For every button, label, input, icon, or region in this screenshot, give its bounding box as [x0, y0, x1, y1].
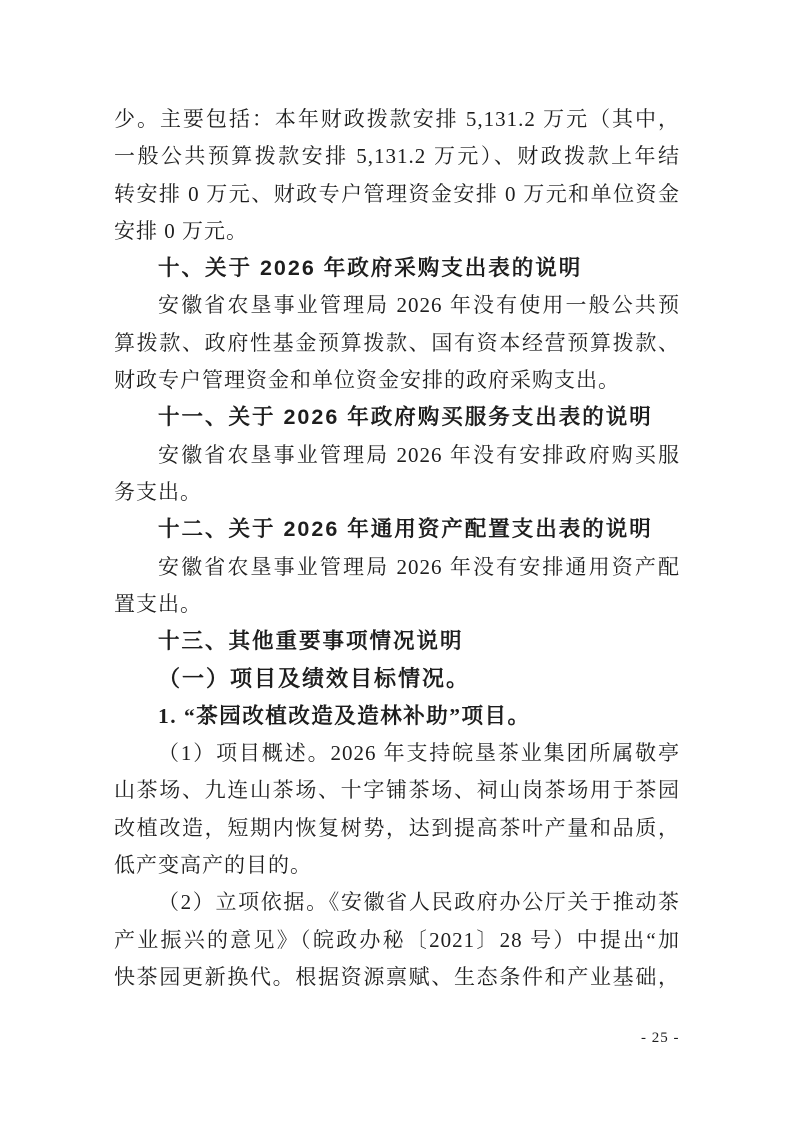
text-line: 算拨款、政府性基金预算拨款、国有资本经营预算拨款、: [114, 325, 680, 362]
text-line: 快茶园更新换代。根据资源禀赋、生态条件和产业基础，: [114, 959, 680, 996]
section-heading: 十三、其他重要事项情况说明: [114, 623, 680, 660]
text-line: 置支出。: [114, 586, 680, 623]
section-heading: 1. “茶园改植改造及造林补助”项目。: [114, 698, 680, 735]
text-line: 产业振兴的意见》（皖政办秘〔2021〕28 号）中提出“加: [114, 922, 680, 959]
text-line: 少。主要包括：本年财政拨款安排 5,131.2 万元（其中，: [114, 101, 680, 138]
text-line: 安徽省农垦事业管理局 2026 年没有安排政府购买服: [114, 437, 680, 474]
page-number: - 25 -: [641, 1030, 680, 1047]
text-line: 低产变高产的目的。: [114, 847, 680, 884]
text-line: 一般公共预算拨款安排 5,131.2 万元）、财政拨款上年结: [114, 138, 680, 175]
text-line: 务支出。: [114, 474, 680, 511]
paragraph: 安徽省农垦事业管理局 2026 年没有安排通用资产配置支出。: [114, 549, 680, 624]
heading-line: 十二、关于 2026 年通用资产配置支出表的说明: [114, 511, 680, 548]
text-line: 山茶场、九连山茶场、十字铺茶场、祠山岗茶场用于茶园: [114, 772, 680, 809]
heading-line: （一）项目及绩效目标情况。: [114, 660, 680, 697]
text-line: （1）项目概述。2026 年支持皖垦茶业集团所属敬亭: [114, 735, 680, 772]
text-line: 安徽省农垦事业管理局 2026 年没有使用一般公共预: [114, 287, 680, 324]
paragraph: 安徽省农垦事业管理局 2026 年没有使用一般公共预算拨款、政府性基金预算拨款、…: [114, 287, 680, 399]
heading-line: 1. “茶园改植改造及造林补助”项目。: [114, 698, 680, 735]
section-heading: （一）项目及绩效目标情况。: [114, 660, 680, 697]
paragraph: （1）项目概述。2026 年支持皖垦茶业集团所属敬亭山茶场、九连山茶场、十字铺茶…: [114, 735, 680, 884]
text-line: 财政专户管理资金和单位资金安排的政府采购支出。: [114, 362, 680, 399]
document-body: 少。主要包括：本年财政拨款安排 5,131.2 万元（其中，一般公共预算拨款安排…: [114, 101, 680, 996]
document-page: 少。主要包括：本年财政拨款安排 5,131.2 万元（其中，一般公共预算拨款安排…: [0, 0, 794, 1123]
paragraph: 安徽省农垦事业管理局 2026 年没有安排政府购买服务支出。: [114, 437, 680, 512]
heading-line: 十一、关于 2026 年政府购买服务支出表的说明: [114, 399, 680, 436]
heading-line: 十、关于 2026 年政府采购支出表的说明: [114, 250, 680, 287]
section-heading: 十、关于 2026 年政府采购支出表的说明: [114, 250, 680, 287]
text-line: 改植改造，短期内恢复树势，达到提高茶叶产量和品质，: [114, 810, 680, 847]
section-heading: 十二、关于 2026 年通用资产配置支出表的说明: [114, 511, 680, 548]
paragraph: （2）立项依据。《安徽省人民政府办公厅关于推动茶产业振兴的意见》（皖政办秘〔20…: [114, 884, 680, 996]
text-line: 安排 0 万元。: [114, 213, 680, 250]
text-line: 转安排 0 万元、财政专户管理资金安排 0 万元和单位资金: [114, 176, 680, 213]
section-heading: 十一、关于 2026 年政府购买服务支出表的说明: [114, 399, 680, 436]
paragraph: 少。主要包括：本年财政拨款安排 5,131.2 万元（其中，一般公共预算拨款安排…: [114, 101, 680, 250]
text-line: 安徽省农垦事业管理局 2026 年没有安排通用资产配: [114, 549, 680, 586]
heading-line: 十三、其他重要事项情况说明: [114, 623, 680, 660]
text-line: （2）立项依据。《安徽省人民政府办公厅关于推动茶: [114, 884, 680, 921]
